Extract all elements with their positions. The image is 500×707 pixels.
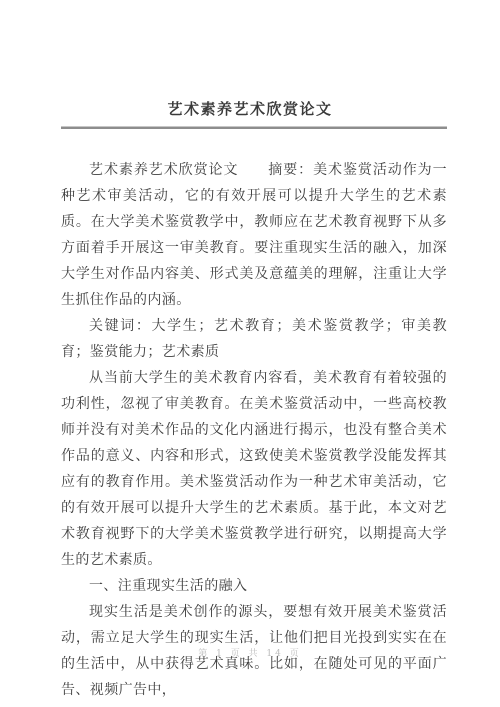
keywords-paragraph: 关键词：大学生；艺术教育；美术鉴赏教学；审美教育；鉴赏能力；艺术素质 <box>61 313 447 365</box>
page-number-label: 第 1 页 共 14 页 <box>198 649 301 659</box>
document-page: 艺术素养艺术欣赏论文 艺术素养艺术欣赏论文 摘要：美术鉴赏活动作为一种艺术审美活… <box>0 0 500 707</box>
page-footer: 第 1 页 共 14 页 <box>0 641 500 660</box>
body-paragraph: 从当前大学生的美术教育内容看，美术教育有着较强的功利性，忽视了审美教育。在美术鉴… <box>61 365 447 573</box>
title-divider <box>61 126 447 129</box>
document-body: 艺术素养艺术欣赏论文 摘要：美术鉴赏活动作为一种艺术审美活动，它的有效开展可以提… <box>61 157 447 703</box>
abstract-paragraph: 艺术素养艺术欣赏论文 摘要：美术鉴赏活动作为一种艺术审美活动，它的有效开展可以提… <box>61 157 447 313</box>
page-title: 艺术素养艺术欣赏论文 <box>0 0 500 119</box>
section-heading: 一、注重现实生活的融入 <box>61 573 447 599</box>
